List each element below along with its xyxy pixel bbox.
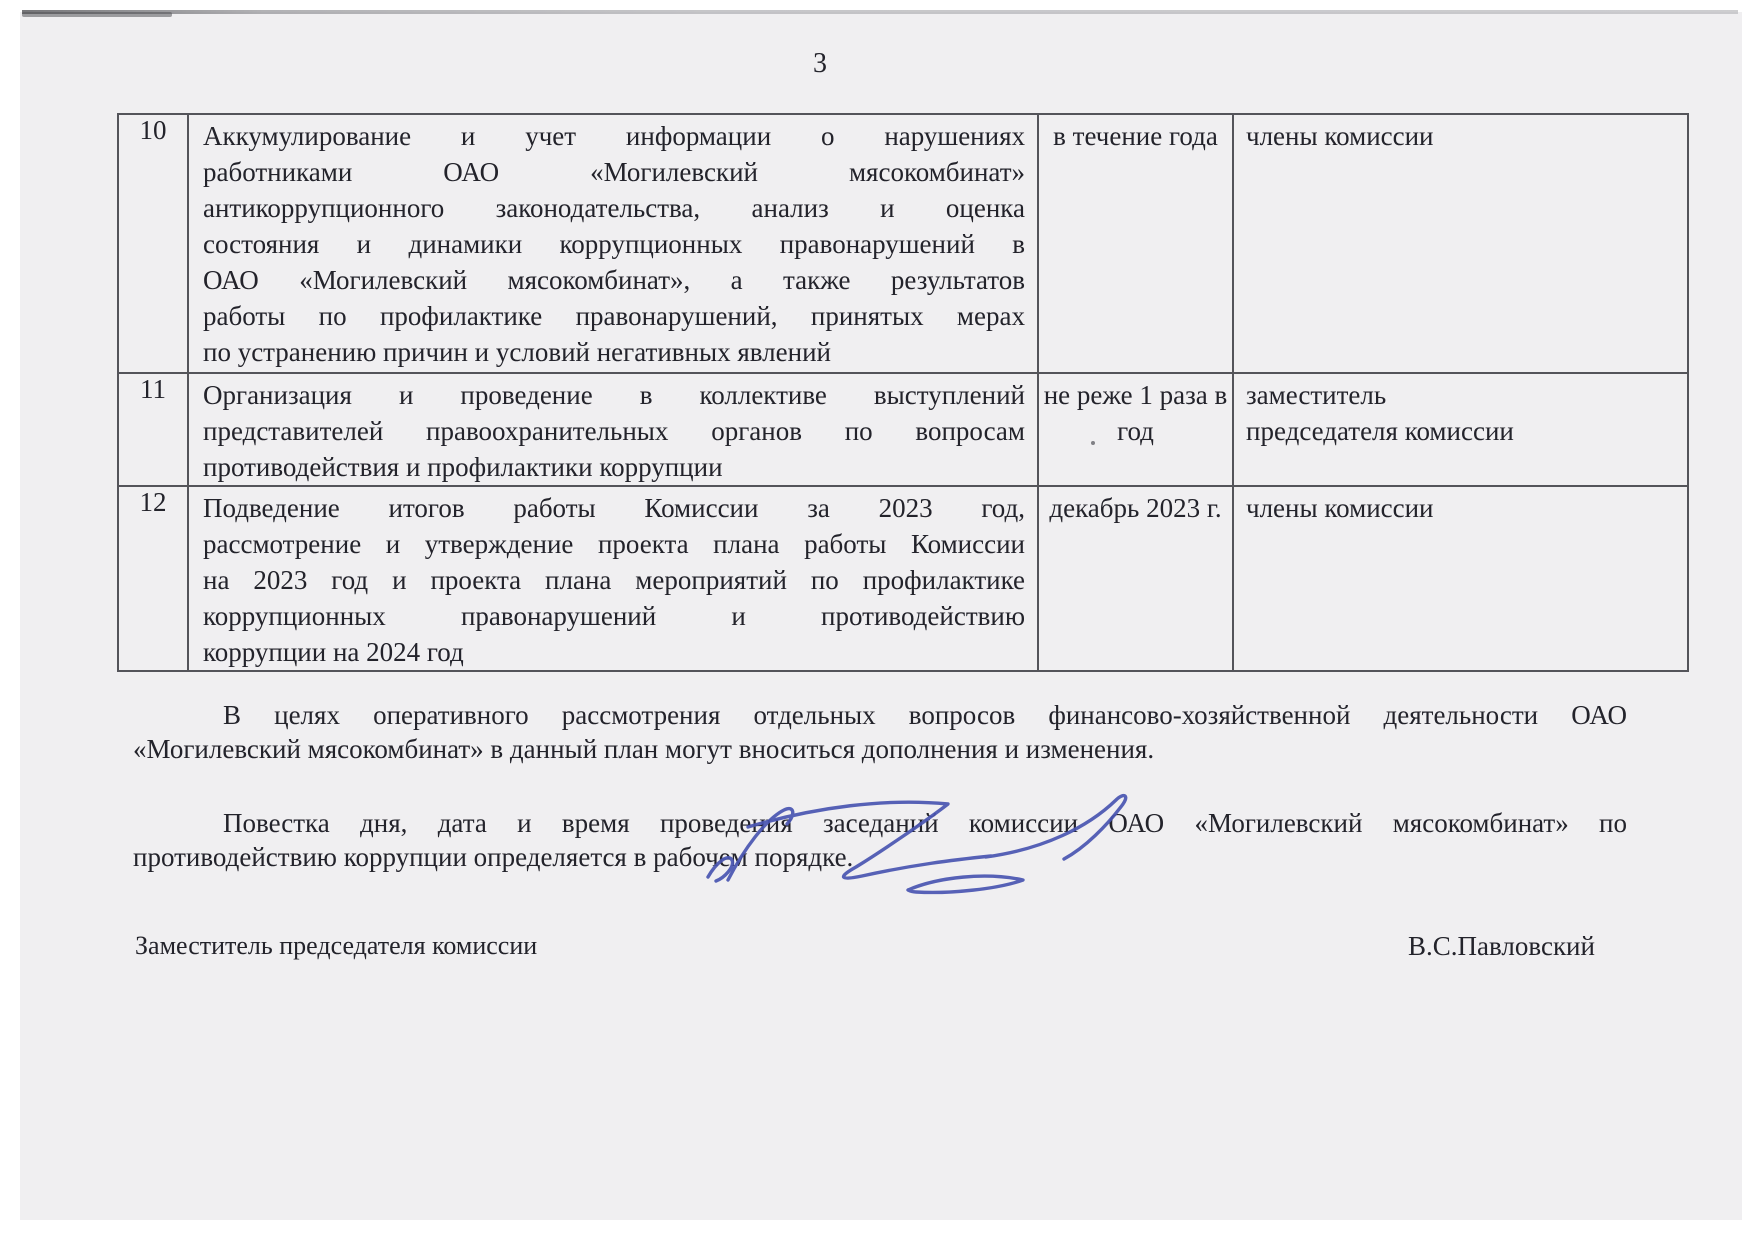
timing-cell: в течение года [1038,114,1233,373]
table-row: 12 Подведение итогов работы Комиссии за … [118,486,1688,671]
activity-cell: Подведение итогов работы Комиссии за 202… [188,486,1038,671]
row-number-cell: 10 [118,114,188,373]
signature-name: В.С.Павловский [1408,931,1595,962]
page-number: 3 [770,48,870,80]
responsible-cell: члены комиссии [1233,114,1688,373]
table-row: 11 Организация и проведение в коллективе… [118,373,1688,486]
activity-cell: Аккумулирование и учет информации о нару… [188,114,1038,373]
handwritten-signature [686,783,1166,903]
signature-title: Заместитель председателя комиссии [135,931,537,961]
scanned-document-page: 3 10 Аккумулирование и учет информации о… [0,0,1754,1240]
scan-smudge-artifact [22,12,172,17]
anticorruption-plan-table: 10 Аккумулирование и учет информации о н… [117,113,1689,672]
activity-cell: Организация и проведение в коллективе вы… [188,373,1038,486]
scan-edge-artifact [22,10,1738,14]
row-number-cell: 12 [118,486,188,671]
timing-cell: не реже 1 раза вгод [1038,373,1233,486]
paragraph-amendments: В целях оперативного рассмотрения отдель… [133,698,1627,766]
table-row: 10 Аккумулирование и учет информации о н… [118,114,1688,373]
row-number-cell: 11 [118,373,188,486]
scan-dot-artifact [1091,441,1095,445]
responsible-cell: члены комиссии [1233,486,1688,671]
responsible-cell: заместительпредседателя комиссии [1233,373,1688,486]
timing-cell: декабрь 2023 г. [1038,486,1233,671]
